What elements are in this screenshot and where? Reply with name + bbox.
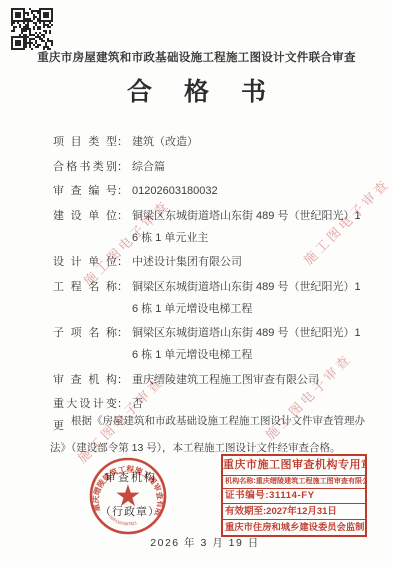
qr-code-icon bbox=[10, 8, 54, 50]
field-colon: ： bbox=[117, 180, 129, 202]
field-row-review-number: 审查编号： 01202603180032 bbox=[53, 180, 365, 202]
svg-text:5051197697821: 5051197697821 bbox=[109, 515, 139, 527]
heading-char: 格 bbox=[184, 72, 209, 108]
seal-star-icon: ★ bbox=[115, 480, 142, 513]
field-value: 铜梁区东城街道塔山东街 489 号（世纪阳光）16 栋 1 单元业主 bbox=[129, 205, 365, 249]
stamp-certificate-number: 证书编号:31114-FY bbox=[223, 488, 365, 504]
field-row-subitem-name: 子项名称： 铜梁区东城街道塔山东街 489 号（世纪阳光）16 栋 1 单元增设… bbox=[53, 322, 365, 366]
field-value: 建筑（改造） bbox=[129, 131, 365, 153]
field-value: 重庆缙陵建筑工程施工图审查有限公司 bbox=[129, 369, 365, 391]
field-colon: ： bbox=[117, 276, 129, 298]
field-label: 建设单位 bbox=[53, 205, 117, 227]
field-value: 中述设计集团有限公司 bbox=[129, 251, 365, 273]
field-label: 工程名称 bbox=[53, 276, 117, 298]
field-colon: ： bbox=[117, 369, 129, 391]
issue-date: 2026 年 3 月 19 日 bbox=[120, 535, 290, 550]
field-row-certificate-category: 合格书类别： 综合篇 bbox=[53, 156, 365, 178]
field-colon: ： bbox=[117, 205, 129, 227]
document-title: 重庆市房屋建筑和市政基础设施工程施工图设计文件联合审查 bbox=[0, 49, 393, 65]
field-row-review-agency: 审查机构： 重庆缙陵建筑工程施工图审查有限公司 bbox=[53, 369, 365, 391]
round-red-seal: 重庆缙陵建筑工程施工图审查有限公司 ★ 5051197697821 bbox=[87, 455, 169, 537]
field-colon: ： bbox=[117, 322, 129, 344]
heading-char: 书 bbox=[241, 72, 266, 108]
certificate-heading: 合 格 书 bbox=[0, 72, 393, 108]
stamp-valid-until: 有效期至:2027年12月31日 bbox=[223, 503, 365, 519]
field-list: 项目类型： 建筑（改造） 合格书类别： 综合篇 审查编号： 0120260318… bbox=[53, 131, 365, 440]
stamp-footer: 重庆市住房和城乡建设委员会监制 bbox=[223, 519, 365, 535]
field-value: 01202603180032 bbox=[129, 180, 365, 202]
field-label: 合格书类别 bbox=[53, 156, 117, 178]
field-colon: ： bbox=[117, 131, 129, 153]
field-label: 子项名称 bbox=[53, 322, 117, 344]
field-value: 铜梁区东城街道塔山东街 489 号（世纪阳光）16 栋 1 单元增设电梯工程 bbox=[129, 322, 365, 366]
agency-rectangular-stamp: 重庆市施工图审查机构专用章 机构名称:重庆缙陵建筑工程施工图审查有限公司 证书编… bbox=[221, 454, 367, 537]
field-value: 铜梁区东城街道塔山东街 489 号（世纪阳光）16 栋 1 单元增设电梯工程 bbox=[129, 276, 365, 320]
field-row-project-name: 工程名称： 铜梁区东城街道塔山东街 489 号（世纪阳光）16 栋 1 单元增设… bbox=[53, 276, 365, 320]
seal-serial-number: 5051197697821 bbox=[109, 515, 139, 527]
field-row-design-unit: 设计单位： 中述设计集团有限公司 bbox=[53, 251, 365, 273]
field-label: 审查编号 bbox=[53, 180, 117, 202]
field-row-project-type: 项目类型： 建筑（改造） bbox=[53, 131, 365, 153]
field-label: 项目类型 bbox=[53, 131, 117, 153]
field-colon: ： bbox=[117, 156, 129, 178]
field-label: 设计单位 bbox=[53, 251, 117, 273]
field-colon: ： bbox=[117, 251, 129, 273]
stamp-title: 重庆市施工图审查机构专用章 bbox=[223, 456, 365, 475]
stamp-org-line: 机构名称:重庆缙陵建筑工程施工图审查有限公司 bbox=[223, 475, 365, 488]
field-value: 综合篇 bbox=[129, 156, 365, 178]
heading-char: 合 bbox=[127, 72, 152, 108]
field-label: 审查机构 bbox=[53, 369, 117, 391]
field-row-construction-unit: 建设单位： 铜梁区东城街道塔山东街 489 号（世纪阳光）16 栋 1 单元业主 bbox=[53, 205, 365, 249]
